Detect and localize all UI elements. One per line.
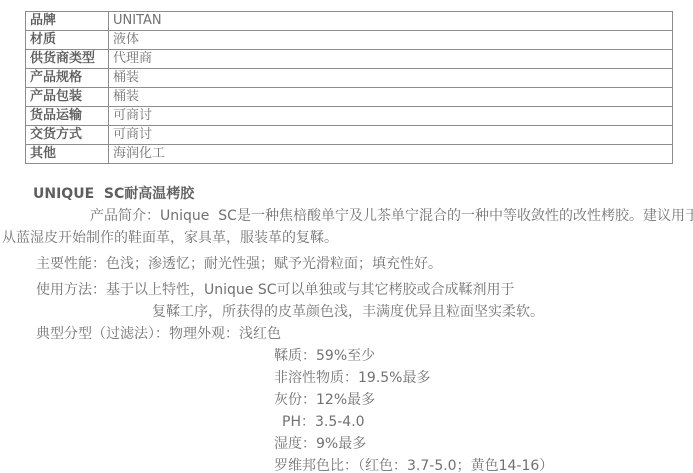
table-row: 供货商类型 代理商 (26, 50, 673, 69)
table-row: 其他 海润化工 (26, 145, 673, 164)
desc-line-usage: 使用方法：基于以上特性，Unique SC可以单独或与其它栲胶或合成鞣剂用于 (36, 279, 693, 301)
desc-line-intro-cont: 从蓝湿皮开始制作的鞋面革，家具革，服装革的复鞣。 (2, 227, 693, 249)
desc-line-ph: PH：3.5-4.0 (282, 411, 693, 433)
spec-value: UNITAN (109, 12, 673, 31)
table-row: 品牌 UNITAN (26, 12, 673, 31)
desc-line-properties: 主要性能：色浅；渗透忆；耐光性强；赋予光滑粒面；填充性好。 (36, 253, 693, 275)
desc-line-ash: 灰份：12%最多 (274, 389, 693, 411)
table-row: 材质 液体 (26, 31, 673, 50)
spec-value: 海润化工 (109, 145, 673, 164)
product-title: UNIQUE SC耐高温栲胶 (33, 183, 693, 205)
desc-line-usage-cont: 复鞣工序，所获得的皮革颜色浅，丰满度优异且粒面坚实柔软。 (152, 301, 693, 323)
table-row: 交货方式 可商讨 (26, 126, 673, 145)
desc-line-moisture: 湿度：9%最多 (274, 433, 693, 455)
spec-value: 可商讨 (109, 126, 673, 145)
spec-value: 液体 (109, 31, 673, 50)
spec-label: 品牌 (26, 12, 109, 31)
desc-line-insoluble: 非溶性物质：19.5%最多 (274, 367, 693, 389)
desc-line-lovibond: 罗维邦色比：（红色：3.7-5.0；黄色14-16） (274, 455, 693, 473)
spec-label: 产品包装 (26, 88, 109, 107)
spec-value: 代理商 (109, 50, 673, 69)
desc-line-typical-analysis: 典型分型（过滤法）：物理外观：浅红色 (36, 323, 693, 345)
spec-label: 供货商类型 (26, 50, 109, 69)
table-row: 产品包装 桶装 (26, 88, 673, 107)
product-description: UNIQUE SC耐高温栲胶 产品简介：Unique SC是一种焦棓酸单宁及儿茶… (0, 183, 693, 473)
desc-line-intro: 产品简介：Unique SC是一种焦棓酸单宁及儿茶单宁混合的一种中等收敛性的改性… (90, 205, 693, 227)
desc-line-tannin: 鞣质：59%至少 (274, 345, 693, 367)
spec-label: 产品规格 (26, 69, 109, 88)
table-row: 产品规格 桶装 (26, 69, 673, 88)
spec-value: 可商讨 (109, 107, 673, 126)
spec-value: 桶装 (109, 69, 673, 88)
spec-value: 桶装 (109, 88, 673, 107)
spec-label: 交货方式 (26, 126, 109, 145)
spec-label: 材质 (26, 31, 109, 50)
table-row: 货品运输 可商讨 (26, 107, 673, 126)
product-spec-table: 品牌 UNITAN 材质 液体 供货商类型 代理商 产品规格 桶装 产品包装 桶… (25, 11, 673, 164)
spec-label: 货品运输 (26, 107, 109, 126)
spec-label: 其他 (26, 145, 109, 164)
